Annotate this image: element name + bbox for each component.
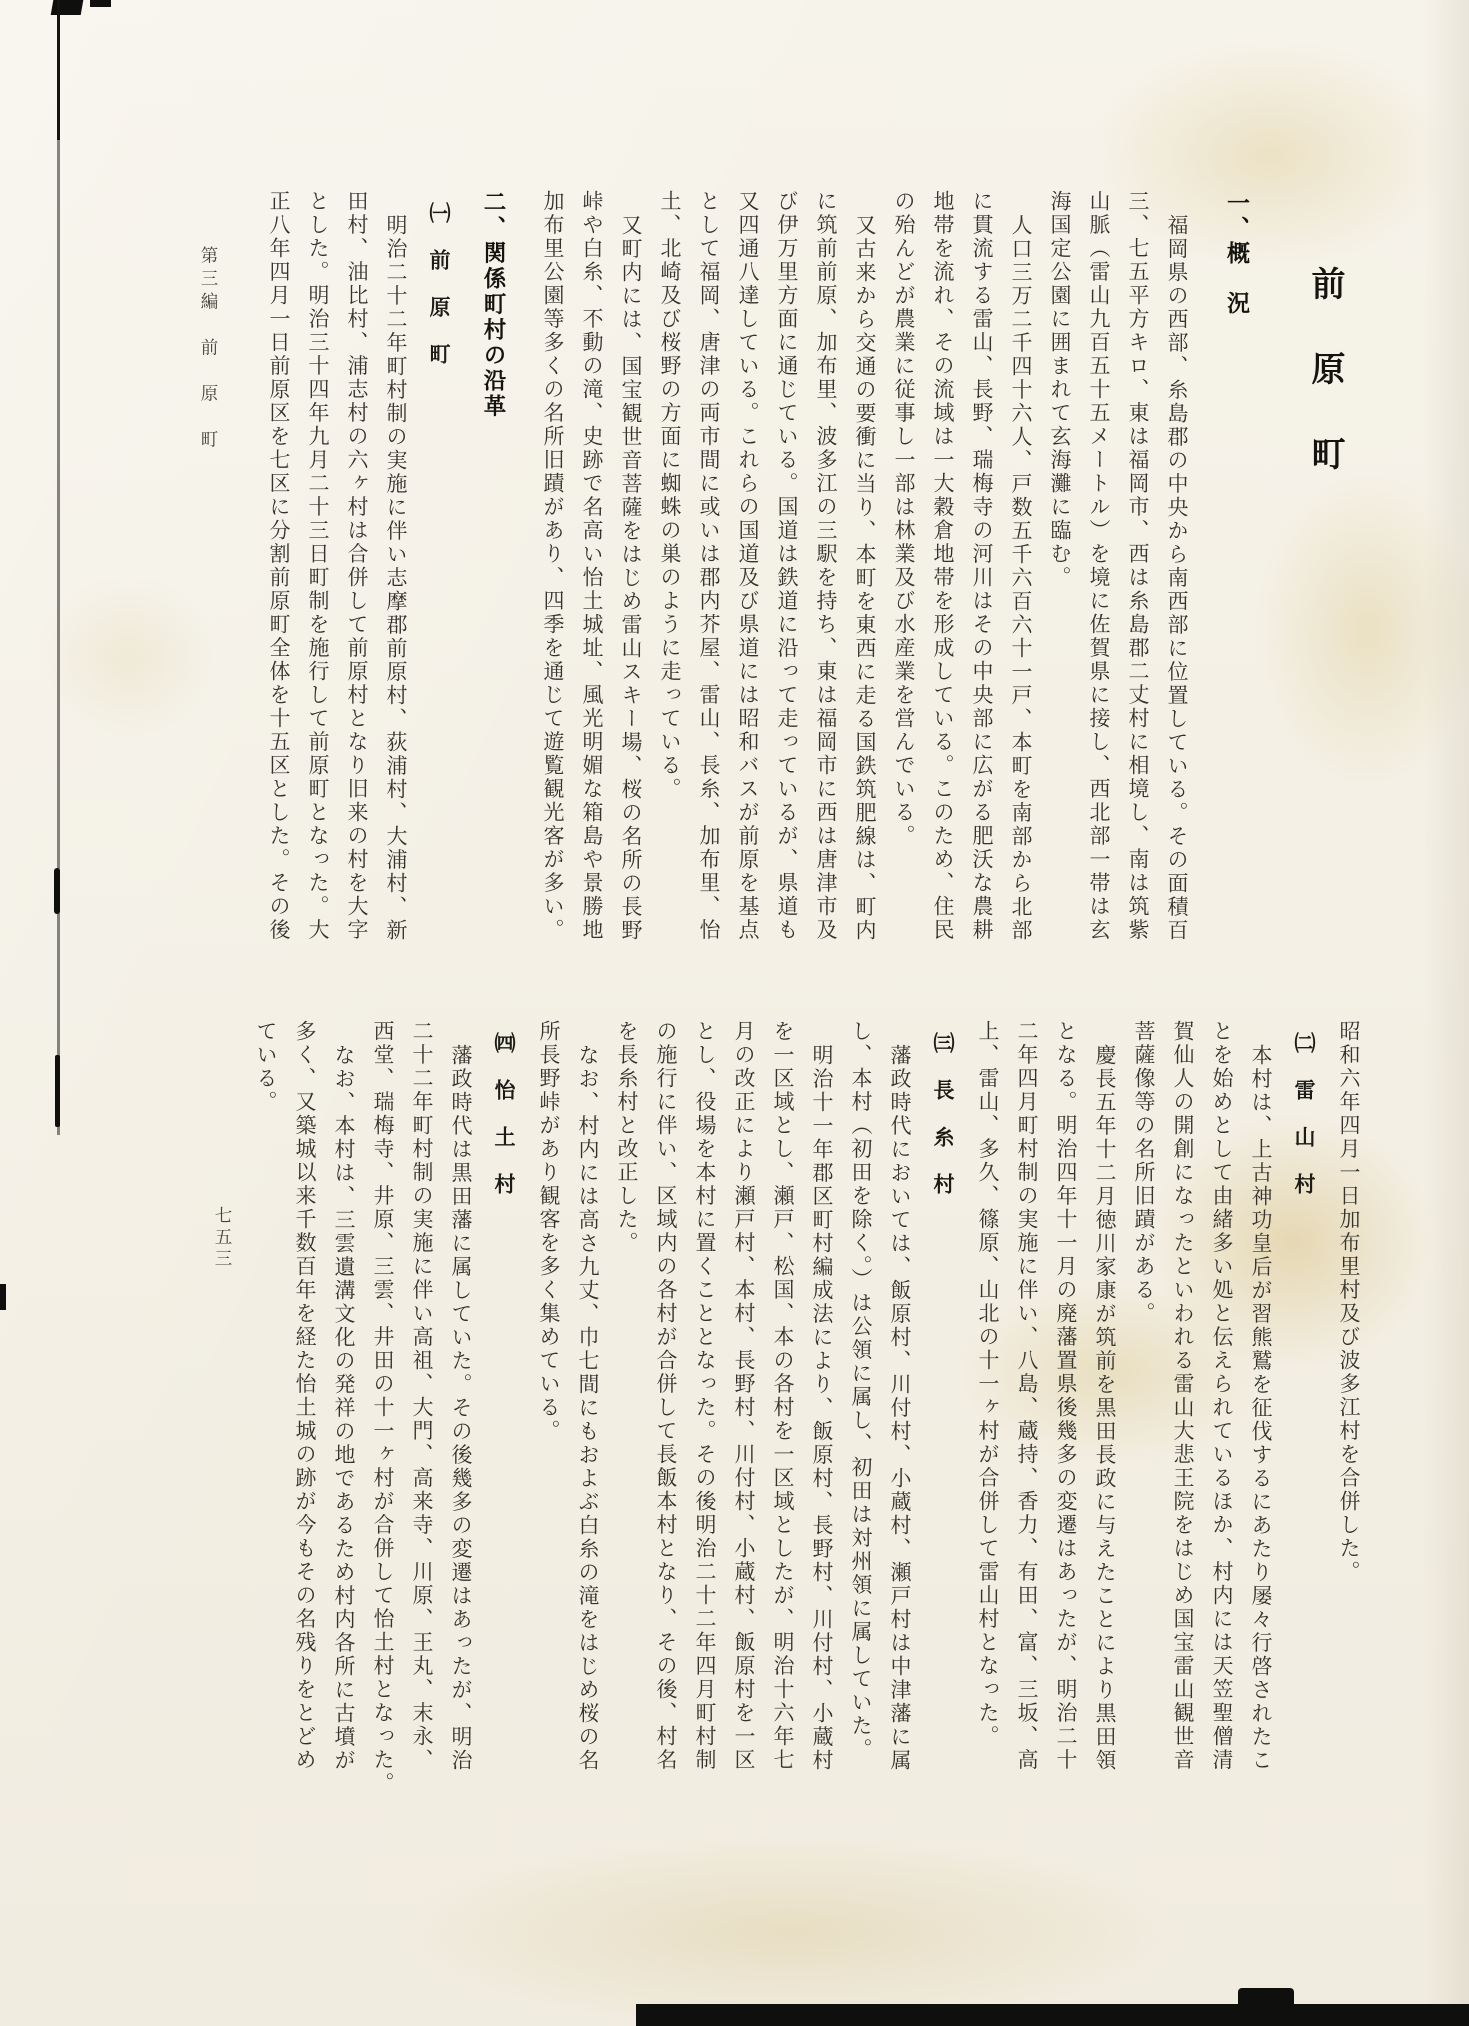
text-column: 加布里公園等多くの名所旧蹟があり、四季を通じて遊覧観光客が多い。 [533, 190, 572, 974]
subsection-heading: ㈢ 長 糸 村 [923, 1020, 962, 1804]
text-tier-bottom: 昭和六年四月一日加布里村及び波多江村を合併した。㈡ 雷 山 村本村は、上古神功皇… [246, 1020, 1368, 1804]
text-column: 明治二十二年町村制の実施に伴い志摩郡前原村、荻浦村、大浦村、新 [376, 190, 415, 974]
text-column: の施行に伴い、区域内の各村が合併して長飯本村となり、その後、村名 [646, 1020, 685, 1804]
text-column: 人口三万二千四十六人、戸数五千六百六十一戸、本町を南部から北部 [1001, 190, 1040, 974]
text-column: 多く、又築城以来千数百年を経た怡土城の跡が今もその名残りをとどめ [285, 1020, 324, 1804]
text-column: 二十二年町村制の実施に伴い高祖、大門、高来寺、川原、王丸、末永、 [402, 1020, 441, 1804]
text-column: 又四通八達している。これらの国道及び県道には昭和バスが前原を基点 [728, 190, 767, 974]
page-edge-shadow [1423, 0, 1469, 2026]
text-column: 山脈（雷山九百五十五メートル）を境に佐賀県に接し、西北部一帯は玄 [1079, 190, 1118, 974]
text-column: 月の改正により瀬戸村、本村、長野村、川付村、小蔵村、飯原村を一区 [724, 1020, 763, 1804]
text-column: 本村は、上古神功皇后が習熊鷲を征伐するにあたり屡々行啓されたこ [1241, 1020, 1280, 1804]
text-column: 田村、油比村、浦志村の六ヶ村は合併して前原村となり旧来の村を大字 [337, 190, 376, 974]
subsection-heading: ㈠ 前 原 町 [419, 190, 458, 974]
text-column: 二年四月町村制の実施に伴い、八島、蔵持、香力、有田、富、三坂、高 [1007, 1020, 1046, 1804]
paper-stain [395, 1835, 1185, 2026]
text-column: 賀仙人の開創になったといわれる雷山大悲王院をはじめ国宝雷山観世音 [1163, 1020, 1202, 1804]
text-column: び伊万里方面に通じている。国道は鉄道に沿って走っているが、県道も [767, 190, 806, 974]
text-tier-top: 福岡県の西部、糸島郡の中央から南西部に位置している。その面積百三、七五平方キロ、… [259, 190, 1196, 974]
text-column: 慶長五年十二月徳川家康が筑前を黒田長政に与えたことにより黒田領 [1085, 1020, 1124, 1804]
page-number: 七五三 [211, 1206, 236, 1271]
text-column: に貫流する雷山、長野、瑞梅寺の河川はその中央部に広がる肥沃な農耕 [962, 190, 1001, 974]
section-heading: 一、概 況 [1221, 191, 1254, 316]
page-title: 前原町 [1300, 266, 1349, 521]
text-column: となる。明治四年十一月の廃藩置県後幾多の変遷はあったが、明治二十 [1046, 1020, 1085, 1804]
scan-mark [51, 0, 84, 15]
text-column: 峠や白糸、不動の滝、史跡で名高い怡土城址、風光明媚な箱島や景勝地 [572, 190, 611, 974]
text-column: 三、七五平方キロ、東は福岡市、西は糸島郡二丈村に相境し、南は筑紫 [1118, 190, 1157, 974]
scan-mark [0, 1284, 6, 1310]
subsection-heading: ㈡ 雷 山 村 [1284, 1020, 1323, 1804]
text-column: 菩薩像等の名所旧蹟がある。 [1124, 1020, 1163, 1804]
text-column: 西堂、瑞梅寺、井原、三雲、井田の十一ヶ村が合併して怡土村となった。 [363, 1020, 402, 1804]
text-column: の殆んどが農業に従事し一部は林業及び水産業を営んでいる。 [884, 190, 923, 974]
binding-line [57, 0, 60, 1135]
scan-mark [90, 0, 111, 7]
text-column: 又古来から交通の要衝に当り、本町を東西に走る国鉄筑肥線は、町内 [845, 190, 884, 974]
text-column: ている。 [246, 1020, 285, 1804]
section-heading: 二、関係町村の沿革 [474, 190, 513, 974]
scan-edge-strip [636, 2004, 1469, 2026]
text-column: なお、本村は、三雲遺溝文化の発祥の地であるため村内各所に古墳が [324, 1020, 363, 1804]
text-column: 福岡県の西部、糸島郡の中央から南西部に位置している。その面積百 [1157, 190, 1196, 974]
text-column: を一区域とし、瀬戸、松国、本の各村を一区域としたが、明治十六年七 [763, 1020, 802, 1804]
text-column: 地帯を流れ、その流域は一大穀倉地帯を形成している。このため、住民 [923, 190, 962, 974]
text-column: 藩政時代は黒田藩に属していた。その後幾多の変遷はあったが、明治 [441, 1020, 480, 1804]
paper-stain [35, 575, 220, 740]
text-column: 正八年四月一日前原区を七区に分割前原町全体を十五区とした。その後 [259, 190, 298, 974]
text-column: 藩政時代においては、飯原村、川付村、小蔵村、瀬戸村は中津藩に属 [880, 1020, 919, 1804]
text-column: として福岡、唐津の両市間に或いは郡内芥屋、雷山、長糸、加布里、怡 [689, 190, 728, 974]
binding-line-blot [55, 1055, 60, 1127]
text-column: とを始めとして由緒多い処と伝えられているほか、村内には天笠聖僧清 [1202, 1020, 1241, 1804]
text-column: 土、北崎及び桜野の方面に蜘蛛の巣のように走っている。 [650, 190, 689, 974]
text-column: 明治十一年郡区町村編成法により、飯原村、長野村、川付村、小蔵村 [802, 1020, 841, 1804]
text-column: なお、村内には高さ九丈、巾七間にもおよぶ白糸の滝をはじめ桜の名 [568, 1020, 607, 1804]
text-column: とした。明治三十四年九月二十三日町制を施行して前原町となった。大 [298, 190, 337, 974]
text-column: 海国定公園に囲まれて玄海灘に臨む。 [1040, 190, 1079, 974]
running-header: 第三編 前 原 町 [197, 246, 222, 453]
text-column: 又町内には、国宝観世音菩薩をはじめ雷山スキー場、桜の名所の長野 [611, 190, 650, 974]
text-column: を長糸村と改正した。 [607, 1020, 646, 1804]
text-column: し、本村（初田を除く。）は公領に属し、初田は対州領に属していた。 [841, 1020, 880, 1804]
scan-mark [1238, 1988, 1294, 2026]
scanned-book-page: 前原町 一、概 況 福岡県の西部、糸島郡の中央から南西部に位置している。その面積… [0, 0, 1469, 2026]
text-column: に筑前前原、加布里、波多江の三駅を持ち、東は福岡市に西は唐津市及 [806, 190, 845, 974]
subsection-heading: ㈣ 怡 土 村 [484, 1020, 523, 1804]
text-column: 所長野峠があり観客を多く集めている。 [529, 1020, 568, 1804]
text-column: とし、役場を本村に置くこととなった。その後明治二十二年四月町村制 [685, 1020, 724, 1804]
text-column: 昭和六年四月一日加布里村及び波多江村を合併した。 [1329, 1020, 1368, 1804]
binding-line-blot [54, 868, 60, 914]
text-column: 上、雷山、多久、篠原、山北の十一ヶ村が合併して雷山村となった。 [968, 1020, 1007, 1804]
